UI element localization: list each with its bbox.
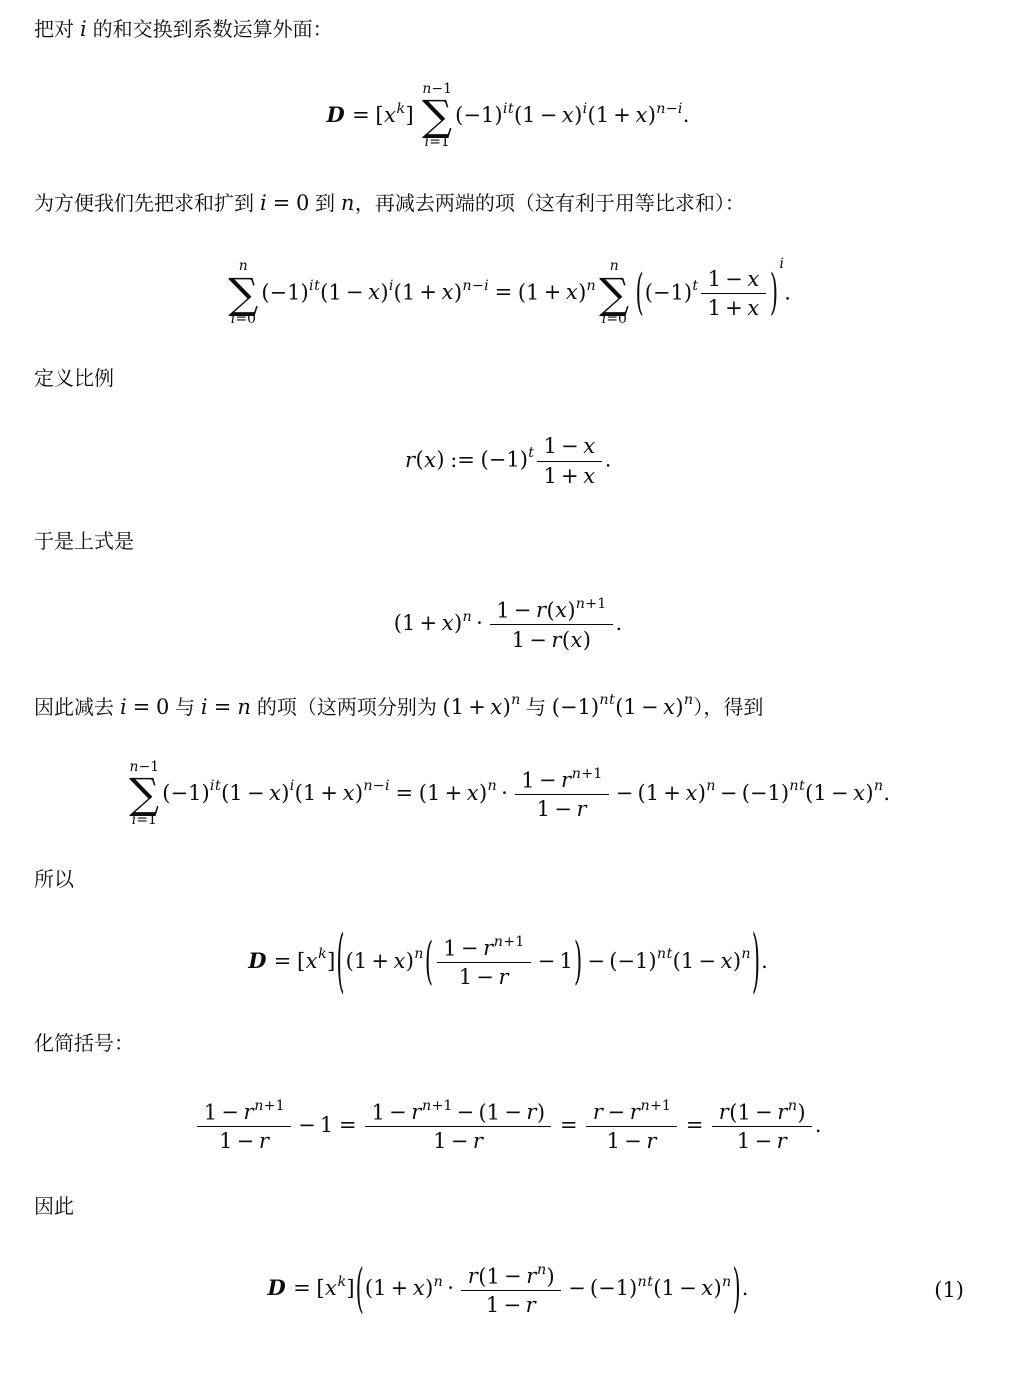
paragraph-2: 为方便我们先把求和扩到 i=0 到 n，再减去两端的项（这有利于用等比求和）： — [34, 188, 982, 219]
display-math: 1−rn+11−r−1=1−rn+1−(1−r)1−r=r−rn+11−r=r(… — [194, 1097, 821, 1156]
math-var: i — [260, 191, 268, 215]
math-var: x — [424, 448, 437, 472]
math-var: x — [368, 280, 381, 304]
stretched-paren: ) — [574, 937, 582, 987]
script-D: D — [327, 102, 347, 127]
math-operator: + — [419, 280, 437, 304]
math-text: ) — [591, 695, 599, 719]
math-text: ) — [698, 781, 706, 805]
math-var: n — [874, 778, 884, 794]
math-text: 1 — [593, 766, 602, 782]
superscript: n+1 — [640, 1099, 671, 1113]
math-text: − — [666, 101, 678, 117]
math-var: n — [576, 596, 586, 612]
math-var: r — [646, 1129, 657, 1153]
math-text: ) — [578, 280, 586, 304]
math-var: r — [592, 1100, 603, 1124]
equation-7: 1−rn+11−r−1=1−rn+1−(1−r)1−r=r−rn+11−r=r(… — [34, 1097, 982, 1156]
math-relation: = — [560, 1113, 578, 1137]
math-operator: − — [503, 1293, 521, 1317]
math-var: r — [561, 768, 572, 792]
math-var: r — [498, 965, 509, 989]
fraction: 1−rn+11−r — [515, 765, 609, 824]
superscript: n−i — [656, 102, 683, 116]
math-text: = — [235, 311, 247, 327]
inline-math: i — [80, 17, 88, 41]
denominator: 1−r — [437, 962, 531, 991]
sigma-symbol: ∑ — [422, 99, 452, 133]
math-operator: + — [544, 280, 562, 304]
math-text: ) — [714, 1276, 722, 1300]
script-D: D — [268, 1275, 288, 1300]
denominator: 1−r — [712, 1126, 812, 1155]
math-var: r — [526, 1100, 537, 1124]
math-text: 0 — [247, 311, 256, 327]
sum-lower-limit: i=0 — [230, 313, 255, 327]
numerator: r−rn+1 — [586, 1097, 677, 1127]
math-operator: − — [587, 949, 605, 973]
math-var: n — [656, 101, 666, 117]
math-text: −1 — [270, 280, 301, 304]
math-text: 1 — [443, 1098, 452, 1114]
math-var: n — [511, 692, 521, 708]
sum-lower-limit: i=1 — [131, 814, 156, 828]
superscript: it — [309, 279, 320, 293]
math-var: n — [462, 609, 472, 625]
math-text: + — [581, 766, 593, 782]
superscript: n — [874, 779, 884, 793]
math-text: 1 — [204, 1100, 217, 1124]
superscript: n+1 — [494, 935, 525, 949]
math-var: i — [503, 101, 508, 117]
inline-math: i=0 — [260, 191, 310, 215]
math-text: − — [472, 278, 484, 294]
math-text: 1 — [402, 611, 415, 635]
superscript: n+1 — [422, 1099, 453, 1113]
superscript: n−i — [462, 279, 489, 293]
math-var: r — [551, 628, 562, 652]
equation-4: (1+x)n·1−r(x)n+11−r(x). — [34, 595, 982, 654]
math-text: −1 — [560, 695, 591, 719]
math-var: n — [422, 1098, 432, 1114]
math-operator: − — [698, 949, 716, 973]
math-text: 1 — [646, 781, 659, 805]
math-text: ) — [574, 103, 582, 127]
math-text: ) — [503, 695, 511, 719]
math-text: . — [616, 611, 623, 635]
math-text: + — [650, 1098, 662, 1114]
math-text: ( — [645, 280, 653, 304]
math-relation: = — [352, 103, 370, 127]
math-var: x — [565, 280, 578, 304]
math-text: ] — [327, 949, 335, 973]
superscript: n+1 — [254, 1099, 285, 1113]
math-var: r — [243, 1100, 254, 1124]
math-text: ) — [567, 598, 575, 622]
text-run: 化简括号： — [34, 1033, 134, 1055]
math-text: 1 — [441, 134, 450, 150]
math-var: n — [494, 934, 504, 950]
text-run: 于是上式是 — [34, 531, 134, 553]
math-text: 1 — [515, 934, 524, 950]
math-text: ) — [648, 949, 656, 973]
math-text: 1 — [486, 1264, 499, 1288]
text-run: 所以 — [34, 869, 74, 891]
math-text: ) — [629, 1276, 637, 1300]
stretched-paren: ( — [635, 270, 643, 318]
superscript: n+1 — [572, 767, 603, 781]
math-operator: − — [529, 628, 547, 652]
text-run: 因此 — [34, 1196, 74, 1218]
math-text: 1 — [813, 781, 826, 805]
math-text: ( — [546, 598, 554, 622]
math-text: ( — [394, 611, 402, 635]
math-text: ( — [478, 1100, 486, 1124]
math-var: i — [201, 695, 209, 719]
math-text: ( — [518, 280, 526, 304]
superscript: n — [462, 610, 472, 624]
math-var: x — [441, 611, 454, 635]
paragraph-8: 因此 — [34, 1193, 982, 1222]
math-relation: := — [450, 448, 475, 472]
math-operator: + — [663, 781, 681, 805]
math-var: n — [572, 766, 582, 782]
math-var: x — [562, 103, 575, 127]
math-var: r — [776, 1129, 787, 1153]
math-text: ( — [419, 781, 427, 805]
math-text: 1 — [487, 1100, 500, 1124]
math-text: ( — [365, 1276, 373, 1300]
math-var: x — [747, 267, 760, 291]
text-run: 到 — [309, 193, 340, 215]
math-var: x — [747, 296, 760, 320]
superscript: nt — [789, 779, 805, 793]
summation: n∑i=0 — [228, 260, 258, 327]
math-text: 1 — [373, 1276, 386, 1300]
math-text: −1 — [617, 949, 648, 973]
math-text: ( — [552, 695, 560, 719]
math-var: t — [528, 445, 534, 461]
numerator: 1−rn+1−(1−r) — [365, 1097, 551, 1127]
text-run: 把对 — [34, 19, 80, 41]
math-text: 1 — [537, 797, 550, 821]
math-text: 1 — [229, 781, 242, 805]
math-text: 1 — [522, 103, 535, 127]
inline-math: (−1)nt(1−x)n — [552, 695, 694, 719]
math-text: ) — [781, 781, 789, 805]
display-math: (1+x)n·1−r(x)n+11−r(x). — [394, 595, 622, 654]
summation: n−1∑i=1 — [129, 761, 159, 828]
fraction: r−rn+11−r — [586, 1097, 677, 1156]
math-operator: − — [831, 781, 849, 805]
superscript: n — [722, 1275, 732, 1289]
math-text: 1 — [512, 628, 525, 652]
display-math: D=[xk]n−1∑i=1(−1)it(1−x)i(1+x)n−i. — [327, 83, 690, 150]
superscript: n — [741, 947, 751, 961]
denominator: 1+x — [537, 461, 602, 490]
superscript: n — [788, 1099, 798, 1113]
math-var: n — [537, 1262, 547, 1278]
math-var: x — [720, 949, 733, 973]
math-text: [ — [375, 103, 383, 127]
math-text: . — [883, 781, 890, 805]
sigma-symbol: ∑ — [599, 277, 629, 311]
math-text: 0 — [296, 191, 309, 215]
math-text: ) — [648, 103, 656, 127]
math-var: n — [341, 191, 355, 215]
math-text: 1 — [526, 280, 539, 304]
math-var: x — [342, 781, 355, 805]
math-text: . — [815, 1113, 822, 1137]
math-var: x — [466, 781, 479, 805]
denominator: 1−r — [197, 1126, 291, 1155]
math-relation: = — [274, 949, 292, 973]
math-operator: − — [457, 1100, 475, 1124]
math-var: x — [853, 781, 866, 805]
denominator: 1−r(x) — [490, 624, 613, 653]
superscript: nt — [657, 947, 673, 961]
math-text: [ — [316, 1276, 324, 1300]
math-text: + — [431, 1098, 443, 1114]
math-var: x — [441, 280, 454, 304]
math-text: −1 — [653, 280, 684, 304]
text-run: 与 — [169, 697, 200, 719]
inline-math: i=0 — [120, 695, 170, 719]
numerator: 1−x — [537, 432, 602, 460]
math-text: 1 — [597, 596, 606, 612]
math-text: 1 — [737, 1100, 750, 1124]
math-var: r — [525, 1293, 536, 1317]
math-text: ) — [454, 611, 462, 635]
math-var: x — [555, 598, 568, 622]
math-text: 1 — [303, 781, 316, 805]
math-var: n — [789, 778, 799, 794]
math-operator: − — [247, 781, 265, 805]
math-text: 1 — [596, 103, 609, 127]
math-text: ( — [742, 781, 750, 805]
math-text: ( — [514, 103, 522, 127]
math-var: n — [363, 778, 373, 794]
numerator: 1−rn+1 — [437, 933, 531, 963]
superscript: n−i — [363, 779, 390, 793]
math-text: 1 — [427, 781, 440, 805]
math-var: i — [385, 778, 390, 794]
script-D: D — [248, 948, 268, 973]
equation-1: D=[xk]n−1∑i=1(−1)it(1−x)i(1+x)n−i. — [34, 83, 982, 150]
math-var: n — [706, 778, 716, 794]
math-text: 1 — [443, 936, 456, 960]
math-text: ( — [653, 1276, 661, 1300]
paragraph-1: 把对 i 的和交换到系数运算外面： — [34, 14, 982, 45]
math-text: ( — [673, 949, 681, 973]
fraction: 1−rn+11−r — [197, 1097, 291, 1156]
inline-math: (1+x)n — [442, 695, 520, 719]
denominator: 1−r — [365, 1126, 551, 1155]
superscript: n — [433, 1275, 443, 1289]
math-text: ( — [588, 103, 596, 127]
math-var: n — [433, 1274, 443, 1290]
math-var: i — [779, 256, 784, 272]
math-var: r — [536, 598, 547, 622]
math-text: 1 — [219, 1129, 232, 1153]
math-text: − — [373, 778, 385, 794]
math-operator: − — [720, 781, 738, 805]
equation-2: n∑i=0(−1)it(1−x)i(1+x)n−i=(1+x)nn∑i=0((−… — [34, 257, 982, 327]
stretched-paren: ) — [752, 927, 760, 996]
superscript: n — [511, 693, 521, 707]
math-text: . — [605, 448, 612, 472]
math-text: −1 — [750, 781, 781, 805]
inline-math: i=n — [201, 695, 252, 719]
math-operator: − — [540, 103, 558, 127]
numerator: r(1−rn) — [712, 1097, 812, 1127]
math-operator: + — [613, 103, 631, 127]
math-var: x — [393, 949, 406, 973]
display-math: r(x):=(−1)t1−x1+x. — [405, 432, 612, 490]
superscript: nt — [637, 1275, 653, 1289]
superscript: t — [692, 279, 698, 293]
math-var: n — [640, 1098, 650, 1114]
math-var: i — [484, 278, 489, 294]
text-run: 的项（这两项分别为 — [251, 697, 442, 719]
math-text: −1 — [598, 1276, 629, 1300]
math-text: ) — [425, 1276, 433, 1300]
math-text: ] — [346, 1276, 354, 1300]
math-text: 1 — [433, 1129, 446, 1153]
math-text: 1 — [320, 1113, 333, 1137]
math-var: x — [583, 434, 596, 458]
math-text: 1 — [402, 280, 415, 304]
math-operator: + — [445, 781, 463, 805]
math-text: ) — [436, 448, 444, 472]
math-text: ) — [733, 949, 741, 973]
math-relation: = — [273, 191, 291, 215]
text-run: 的和交换到系数运算外面： — [87, 19, 333, 41]
text-run: 定义比例 — [34, 368, 114, 390]
math-var: n — [657, 946, 667, 962]
paragraph-4: 于是上式是 — [34, 528, 982, 557]
math-var: x — [412, 1276, 425, 1300]
math-text: 1 — [459, 965, 472, 989]
denominator: 1+x — [701, 293, 766, 322]
sigma-symbol: ∑ — [228, 277, 258, 311]
math-var: r — [718, 1100, 729, 1124]
math-var: r — [405, 448, 416, 472]
sum-lower-limit: i=1 — [424, 136, 449, 150]
math-text: ) — [494, 103, 502, 127]
math-var: n — [237, 695, 251, 719]
math-operator: − — [451, 1129, 469, 1153]
math-var: n — [788, 1098, 798, 1114]
fraction: 1−x1+x — [537, 432, 602, 490]
math-relation: = — [686, 1113, 704, 1137]
math-text: 1 — [354, 949, 367, 973]
math-operator: − — [461, 936, 479, 960]
math-text: ) — [380, 280, 388, 304]
math-operator: − — [539, 768, 557, 792]
math-text: . — [742, 1276, 749, 1300]
math-text: 1 — [737, 1129, 750, 1153]
math-var: n — [722, 1274, 732, 1290]
math-operator: − — [237, 1129, 255, 1153]
math-operator: · — [476, 611, 483, 635]
numerator: r(1−rn) — [461, 1260, 561, 1290]
math-text: ( — [638, 781, 646, 805]
math-var: x — [305, 949, 318, 973]
math-text: 1 — [708, 296, 721, 320]
math-operator: − — [504, 1264, 522, 1288]
math-text: ) — [675, 695, 683, 719]
math-operator: − — [725, 267, 743, 291]
math-text: . — [784, 280, 791, 304]
math-text: ( — [295, 781, 303, 805]
math-text: ) — [520, 448, 528, 472]
sigma-symbol: ∑ — [129, 777, 159, 811]
math-var: n — [414, 946, 424, 962]
math-var: x — [583, 464, 596, 488]
math-operator: − — [389, 1100, 407, 1124]
math-var: r — [629, 1100, 640, 1124]
math-var: r — [258, 1129, 269, 1153]
math-operator: − — [561, 434, 579, 458]
math-var: r — [473, 1129, 484, 1153]
math-text: 1 — [521, 768, 534, 792]
math-relation: = — [293, 1276, 311, 1300]
math-text: + — [264, 1098, 276, 1114]
math-text: ( — [481, 448, 489, 472]
math-operator: − — [514, 598, 532, 622]
stretched-paren: ( — [336, 927, 344, 996]
stretched-paren: ) — [733, 1264, 741, 1317]
fraction: r(1−rn)1−r — [461, 1260, 561, 1319]
math-var: i — [80, 17, 88, 41]
math-var: r — [777, 1100, 788, 1124]
math-text: ) — [684, 280, 692, 304]
math-operator: + — [468, 695, 486, 719]
superscript: n — [586, 279, 596, 293]
math-text: 1 — [662, 1276, 675, 1300]
math-text: 1 — [148, 812, 157, 828]
superscript: n — [684, 693, 694, 707]
math-operator: − — [298, 1113, 316, 1137]
superscript: t — [528, 446, 534, 460]
math-var: n — [254, 1098, 264, 1114]
denominator: 1−r — [515, 794, 609, 823]
fraction: r(1−rn)1−r — [712, 1097, 812, 1156]
math-operator: + — [420, 611, 438, 635]
equation-3: r(x):=(−1)t1−x1+x. — [34, 432, 982, 490]
math-text: . — [761, 949, 768, 973]
paragraph-7: 化简括号： — [34, 1030, 982, 1059]
display-math: D=[xk]((1+x)n(1−rn+11−r−1)−(−1)nt(1−x)n)… — [248, 933, 768, 992]
math-text: + — [585, 596, 597, 612]
math-text: ) — [281, 781, 289, 805]
math-text: 1 — [371, 1100, 384, 1124]
math-text: −1 — [463, 103, 494, 127]
math-operator: − — [504, 1100, 522, 1124]
math-operator: + — [561, 464, 579, 488]
math-text: = — [429, 134, 441, 150]
math-text: 1 — [681, 949, 694, 973]
numerator: 1−x — [701, 265, 766, 293]
superscript: nt — [599, 693, 615, 707]
math-text: ) — [454, 280, 462, 304]
stretched-paren: ( — [356, 1264, 364, 1317]
math-text: 1 — [276, 1098, 285, 1114]
math-operator: + — [320, 781, 338, 805]
math-text: ) — [201, 781, 209, 805]
math-text: [ — [297, 949, 305, 973]
